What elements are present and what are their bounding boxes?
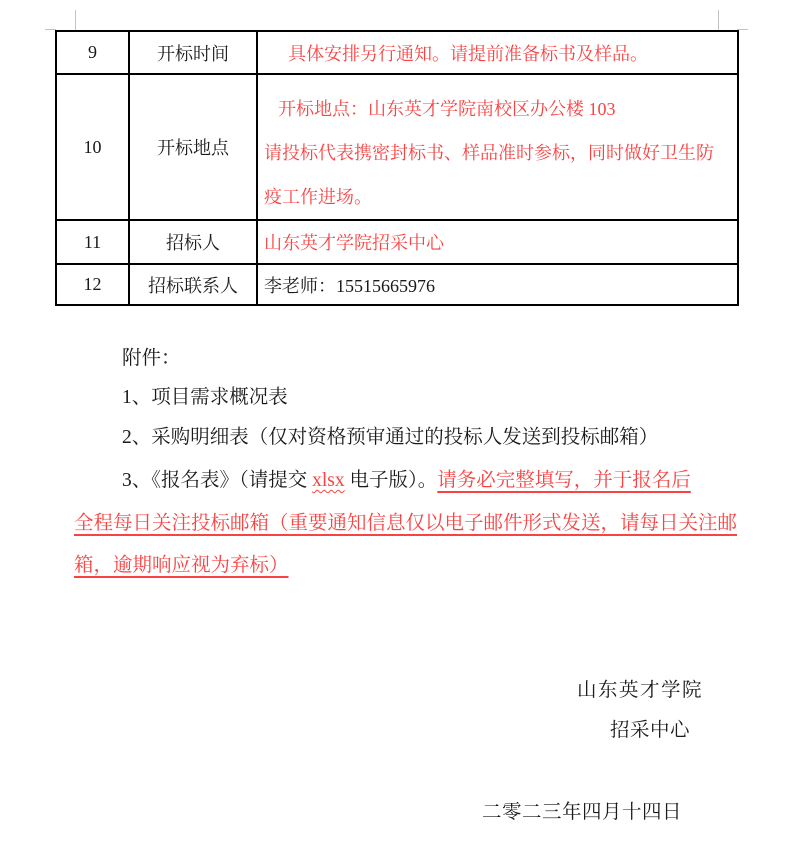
text-boundary-mark-right (718, 10, 719, 30)
attachment-item-3-line-3: 箱，逾期响应视为弃标） (74, 554, 289, 577)
row-11-label: 招标人 (129, 220, 257, 264)
item-3-prefix: 3、《报名表》（请提交 (122, 470, 312, 491)
row-11-number: 11 (56, 220, 129, 264)
signature-date: 二零二三年四月十四日 (482, 801, 682, 824)
signature-organization: 山东英才学院 (577, 679, 703, 702)
row-9-content: 具体安排另行通知。请提前准备标书及样品。 (257, 31, 738, 74)
row-10-label: 开标地点 (129, 74, 257, 220)
attachments-heading: 附件： (122, 347, 181, 370)
row-10-content: 开标地点：山东英才学院南校区办公楼 103 请投标代表携密封标书、样品准时参标，… (257, 74, 738, 220)
row-12-content: 李老师：15515665976 (257, 264, 738, 305)
row-9-number: 9 (56, 31, 129, 74)
document-page: 9 开标时间 具体安排另行通知。请提前准备标书及样品。 10 开标地点 开标地点… (0, 0, 793, 848)
row-9-label: 开标时间 (129, 31, 257, 74)
row-12-number: 12 (56, 264, 129, 305)
item-3-file-format: xlsx (312, 470, 345, 491)
attachment-item-1: 1、项目需求概况表 (122, 386, 288, 409)
row-12-label: 招标联系人 (129, 264, 257, 305)
bid-info-table: 9 开标时间 具体安排另行通知。请提前准备标书及样品。 10 开标地点 开标地点… (55, 30, 739, 306)
row-11-content: 山东英才学院招采中心 (257, 220, 738, 264)
attachment-item-3-line-2: 全程每日关注投标邮箱（重要通知信息仅以电子邮件形式发送，请每日关注邮 (74, 512, 737, 535)
row-10-content-line2: 请投标代表携密封标书、样品准时参标，同时做好卫生防疫工作进场。 (264, 131, 731, 219)
attachment-item-2: 2、采购明细表（仅对资格预审通过的投标人发送到投标邮箱） (122, 426, 658, 449)
item-3-warning-part-1: 请务必完整填写，并于报名后 (437, 470, 691, 491)
text-boundary-mark-left (75, 10, 76, 30)
attachment-item-3-line-1: 3、《报名表》（请提交 xlsx 电子版）。请务必完整填写，并于报名后 (122, 469, 691, 492)
table-row-11: 11 招标人 山东英才学院招采中心 (56, 220, 738, 264)
table-row-12: 12 招标联系人 李老师：15515665976 (56, 264, 738, 305)
table-row-10: 10 开标地点 开标地点：山东英才学院南校区办公楼 103 请投标代表携密封标书… (56, 74, 738, 220)
table-row-9: 9 开标时间 具体安排另行通知。请提前准备标书及样品。 (56, 31, 738, 74)
row-10-content-line1: 开标地点：山东英才学院南校区办公楼 103 (278, 87, 731, 131)
signature-department: 招采中心 (610, 719, 690, 742)
item-3-middle: 电子版）。 (345, 470, 438, 491)
row-10-number: 10 (56, 74, 129, 220)
